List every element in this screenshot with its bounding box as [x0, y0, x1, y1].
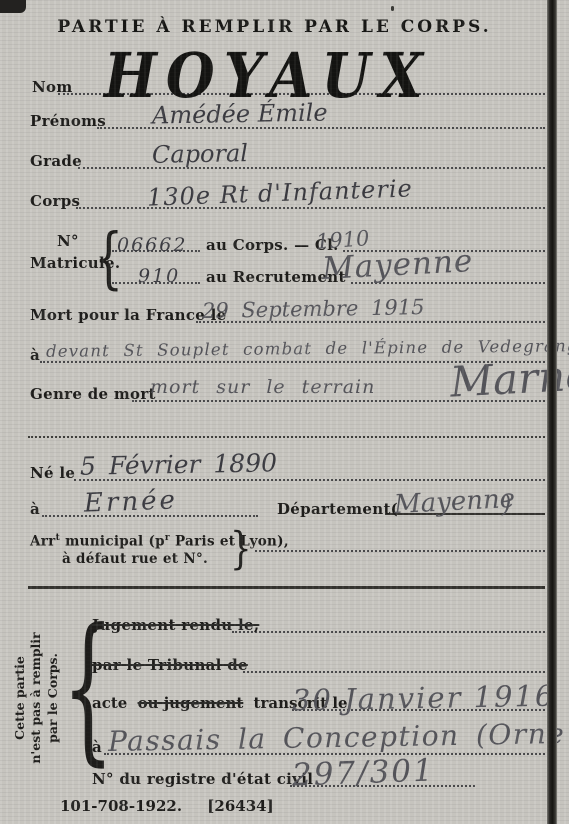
departement-value: Mayenne	[393, 486, 515, 518]
naissance-date-label: Né le	[30, 464, 75, 482]
registre-label: N° du registre d'état civil	[92, 770, 313, 788]
dotted-line	[78, 167, 545, 169]
dotted-line	[76, 207, 545, 209]
sidebar-note-line: n'est pas à remplir	[28, 600, 44, 796]
transcription-lieu-value: Passais la Conception (Orne	[108, 720, 566, 756]
page-edge-shadow	[547, 0, 557, 824]
naissance-lieu-label: à	[30, 500, 40, 518]
imprint-code: 101-708-1922.	[60, 797, 182, 815]
nom-label: Nom	[32, 78, 73, 96]
grade-label: Grade	[30, 152, 82, 170]
sidebar-note-line: par le Corps.	[45, 600, 61, 796]
mort-date-label: Mort pour la France le	[30, 306, 226, 324]
imprint-line: 101-708-1922. [26434]	[60, 797, 294, 815]
transcription-label-part1: acte	[92, 694, 127, 712]
genre-mort-label: Genre de mort	[30, 385, 156, 403]
record-card: PARTIE À REMPLIR PAR LE CORPS. Nom HOYAU…	[0, 0, 569, 824]
naissance-date-value: 5 Février 1890	[80, 450, 277, 478]
section-separator-dotted	[28, 436, 545, 438]
dotted-line	[243, 671, 545, 673]
sidebar-note-line: Cette partie	[12, 600, 28, 796]
corps-label: Corps	[30, 192, 80, 210]
matricule-label: Matricule.	[30, 254, 120, 272]
registre-value: 297/301	[292, 756, 436, 792]
transcription-lieu-label: à	[92, 738, 102, 756]
matricule-no-label: N°	[57, 232, 79, 250]
tribunal-label: par le Tribunal de	[92, 656, 248, 674]
prenoms-label: Prénoms	[30, 112, 106, 130]
genre-mort-value: mort sur le terrain	[150, 378, 375, 397]
section-separator-solid	[28, 586, 545, 589]
jugement-label: Jugement rendu le,	[92, 616, 259, 634]
sidebar-note: Cette partie n'est pas à remplir par le …	[12, 600, 64, 796]
matricule-recrutement-value: 910	[138, 267, 180, 286]
transcription-date-value: 30 Janvier 1916	[292, 682, 556, 716]
transcription-label-struck: ou jugement	[138, 694, 244, 712]
arrondissement-label-line2: à défaut rue et N°.	[62, 551, 208, 567]
arrondissement-label-line1: Arrt municipal (pr Paris et Lyon),	[30, 533, 289, 550]
ink-speck	[391, 6, 394, 11]
mort-date-value: 29 Septembre 1915	[202, 297, 425, 322]
matricule-corps-value: 06662	[117, 236, 187, 255]
corps-value: 130e Rt d'Infanterie	[147, 176, 413, 209]
imprint-reference: [26434]	[207, 797, 273, 815]
lieu-recrutement-value: Mayenne	[321, 246, 474, 285]
departement-label: Département(	[277, 500, 398, 518]
dotted-line	[255, 550, 545, 552]
naissance-lieu-value: Ernée	[84, 487, 179, 516]
prenoms-value: Amédée Émile	[152, 100, 328, 127]
departement-paren-close: )	[502, 492, 511, 516]
form-title: PARTIE À REMPLIR PAR LE CORPS.	[0, 17, 549, 37]
mort-lieu-label: à	[30, 346, 40, 364]
scan-corner-mark	[0, 0, 26, 13]
grade-value: Caporal	[152, 141, 248, 167]
dotted-line	[232, 631, 545, 633]
